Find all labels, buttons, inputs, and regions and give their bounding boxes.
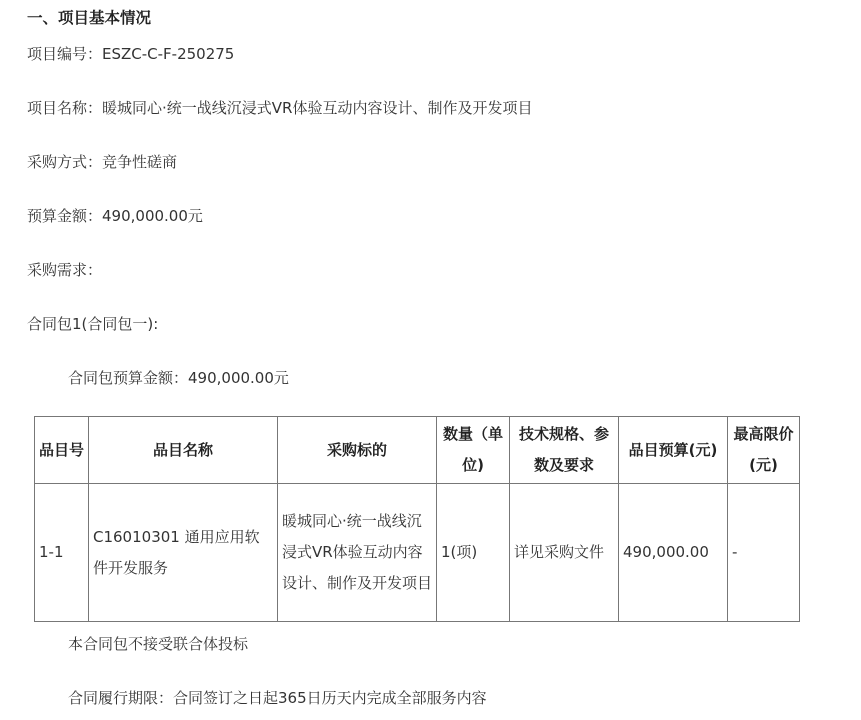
budget-amount: 预算金额：490,000.00元 bbox=[27, 206, 203, 226]
procurement-method: 采购方式：竞争性磋商 bbox=[27, 152, 177, 172]
header-budget: 品目预算(元) bbox=[619, 417, 728, 484]
cell-budget: 490,000.00 bbox=[619, 484, 728, 622]
header-quantity: 数量（单位) bbox=[437, 417, 510, 484]
cell-item-no: 1-1 bbox=[35, 484, 89, 622]
package-budget: 合同包预算金额：490,000.00元 bbox=[68, 368, 289, 388]
cell-subject: 暖城同心·统一战线沉浸式VR体验互动内容设计、制作及开发项目 bbox=[278, 484, 437, 622]
header-item-no: 品目号 bbox=[35, 417, 89, 484]
project-number: 项目编号：ESZC-C-F-250275 bbox=[27, 44, 234, 64]
header-item-name: 品目名称 bbox=[89, 417, 278, 484]
consortium-note: 本合同包不接受联合体投标 bbox=[68, 634, 248, 654]
header-specs: 技术规格、参数及要求 bbox=[510, 417, 619, 484]
procurement-requirements: 采购需求： bbox=[27, 260, 102, 280]
cell-quantity: 1(项) bbox=[437, 484, 510, 622]
items-table: 品目号 品目名称 采购标的 数量（单位) 技术规格、参数及要求 品目预算(元) … bbox=[34, 416, 800, 622]
cell-specs: 详见采购文件 bbox=[510, 484, 619, 622]
header-subject: 采购标的 bbox=[278, 417, 437, 484]
header-max-price: 最高限价(元) bbox=[728, 417, 800, 484]
table-row: 1-1 C16010301 通用应用软件开发服务 暖城同心·统一战线沉浸式VR体… bbox=[35, 484, 800, 622]
section-heading: 一、项目基本情况 bbox=[27, 8, 151, 28]
project-name: 项目名称：暖城同心·统一战线沉浸式VR体验互动内容设计、制作及开发项目 bbox=[27, 98, 532, 118]
cell-item-name: C16010301 通用应用软件开发服务 bbox=[89, 484, 278, 622]
cell-max-price: - bbox=[728, 484, 800, 622]
performance-period: 合同履行期限：合同签订之日起365日历天内完成全部服务内容 bbox=[68, 688, 487, 708]
contract-package-label: 合同包1(合同包一): bbox=[27, 314, 158, 334]
table-header-row: 品目号 品目名称 采购标的 数量（单位) 技术规格、参数及要求 品目预算(元) … bbox=[35, 417, 800, 484]
